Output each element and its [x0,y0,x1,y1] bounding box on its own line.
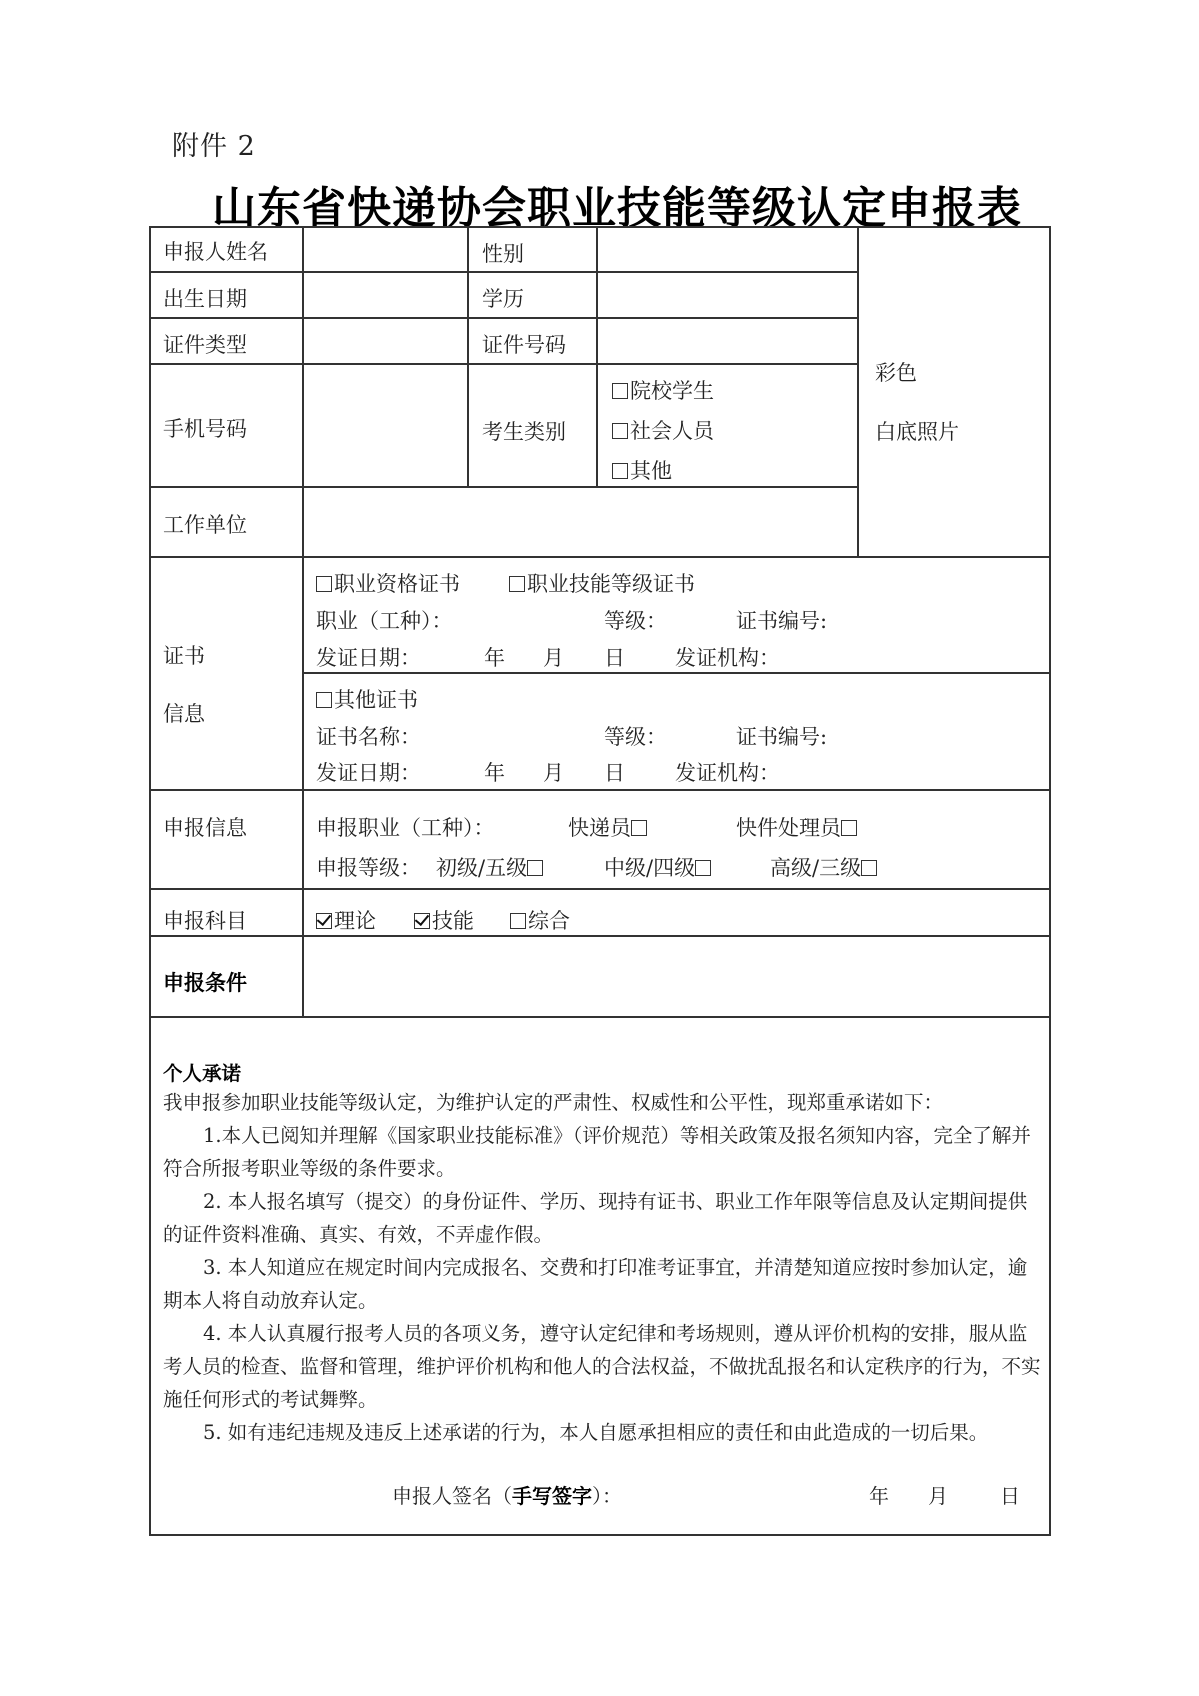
gender-label: 性别 [482,238,524,268]
issuer-label: 发证机构： [675,642,780,672]
cert-option-skill-level[interactable]: 职业技能等级证书 [509,568,695,598]
row-divider [302,672,1051,674]
month-label: 月 [543,757,564,787]
birth-date-field[interactable] [305,274,465,316]
subjects-label: 申报科目 [163,905,247,935]
cert-number-label: 证书编号: [736,605,827,635]
level-label: 等级： [604,721,667,751]
id-number-label: 证件号码 [482,329,566,359]
signature-line: 申报人签名（手写签字）： [392,1480,622,1509]
checkbox-icon[interactable] [612,383,628,399]
application-label: 申报信息 [163,812,247,842]
border-bottom [149,1534,1051,1536]
apply-occupation-courier[interactable]: 快递员 [568,812,649,842]
pledge-item-1: 1.本人已阅知并理解《国家职业技能标准》（评价规范）等相关政策及报名须知内容，完… [163,1119,1043,1185]
pledge-intro: 我申报参加职业技能等级认定，为维护认定的严肃性、权威性和公平性，现郑重承诺如下： [163,1086,1043,1119]
checkbox-icon[interactable] [612,423,628,439]
col-divider [302,226,304,1018]
apply-level-label: 申报等级： [316,852,421,882]
day-label: 日 [604,757,625,787]
year-label: 年 [484,642,505,672]
subject-theory[interactable]: 理论 [316,905,376,935]
sign-day-label: 日 [1000,1480,1020,1509]
candidate-type-label: 考生类别 [482,416,566,446]
subject-comprehensive[interactable]: 综合 [510,905,570,935]
certificate-label-line2: 信息 [163,698,205,728]
col-divider [596,226,598,487]
pledge-item-4: 4. 本人认真履行报考人员的各项义务，遵守认定纪律和考场规则，遵从评价机构的安排… [163,1317,1043,1416]
pledge-heading: 个人承诺 [163,1058,241,1086]
cert-name-label: 证书名称： [316,721,421,751]
checkbox-icon[interactable] [841,820,857,836]
month-label: 月 [543,642,564,672]
col-divider [857,226,859,557]
row-divider [149,789,1051,791]
row-divider [149,888,1051,890]
pledge-item-5: 5. 如有违纪违规及违反上述承诺的行为，本人自愿承担相应的责任和由此造成的一切后… [163,1416,1043,1449]
row-divider [149,1016,1051,1018]
subject-skill[interactable]: 技能 [414,905,474,935]
education-label: 学历 [482,283,524,313]
row-divider [149,317,858,319]
issue-date-label: 发证日期： [316,642,421,672]
row-divider [149,935,1051,937]
apply-level-intermediate[interactable]: 中级/四级 [604,852,713,882]
id-type-label: 证件类型 [163,329,247,359]
birth-date-label: 出生日期 [163,283,247,313]
pledge-item-2: 2. 本人报名填写（提交）的身份证件、学历、现持有证书、职业工作年限等信息及认定… [163,1185,1043,1251]
conditions-label: 申报条件 [163,967,247,997]
education-field[interactable] [599,274,855,316]
day-label: 日 [604,642,625,672]
row-divider [149,363,858,365]
checkbox-icon[interactable] [527,860,543,876]
photo-area[interactable] [860,228,1047,555]
checkbox-icon[interactable] [316,576,332,592]
phone-field[interactable] [305,366,465,485]
col-divider [467,226,469,487]
row-divider [149,486,858,488]
gender-field[interactable] [599,228,855,270]
checkbox-icon[interactable] [509,576,525,592]
year-label: 年 [484,757,505,787]
row-divider [149,271,858,273]
employer-label: 工作单位 [163,509,247,539]
issue-date-label: 发证日期： [316,757,421,787]
checkbox-checked-icon[interactable] [414,913,430,929]
phone-label: 手机号码 [163,413,247,443]
candidate-type-other[interactable]: 其他 [612,455,672,485]
checkbox-icon[interactable] [861,860,877,876]
id-number-field[interactable] [599,320,855,362]
checkbox-icon[interactable] [510,913,526,929]
cert-option-qualification[interactable]: 职业资格证书 [316,568,460,598]
checkbox-icon[interactable] [695,860,711,876]
name-label: 申报人姓名 [163,236,268,266]
level-label: 等级： [604,605,667,635]
candidate-type-student[interactable]: 院校学生 [612,375,714,405]
checkbox-icon[interactable] [631,820,647,836]
apply-occupation-handler[interactable]: 快件处理员 [736,812,859,842]
apply-level-senior[interactable]: 高级/三级 [770,852,879,882]
candidate-type-public[interactable]: 社会人员 [612,415,714,445]
border-right [1049,226,1051,1536]
attachment-label: 附件 2 [172,124,256,163]
occupation-label: 职业（工种）： [316,605,453,635]
certificate-label-line1: 证书 [163,640,205,670]
id-type-field[interactable] [305,320,465,362]
signature-field[interactable] [660,1474,840,1508]
checkbox-checked-icon[interactable] [316,913,332,929]
name-field[interactable] [305,228,465,270]
sign-year-label: 年 [869,1480,889,1509]
border-left [149,226,151,1536]
issuer-label: 发证机构： [675,757,780,787]
sign-month-label: 月 [928,1480,948,1509]
employer-field[interactable] [305,489,855,555]
conditions-field[interactable] [305,938,1047,1015]
apply-level-junior[interactable]: 初级/五级 [436,852,545,882]
apply-occupation-label: 申报职业（工种）： [316,812,495,842]
pledge-item-3: 3. 本人知道应在规定时间内完成报名、交费和打印准考证事宜，并清楚知道应按时参加… [163,1251,1043,1317]
cert-number-label: 证书编号: [736,721,827,751]
row-divider [149,556,1051,558]
checkbox-icon[interactable] [612,463,628,479]
cert-option-other[interactable]: 其他证书 [316,684,418,714]
checkbox-icon[interactable] [316,692,332,708]
